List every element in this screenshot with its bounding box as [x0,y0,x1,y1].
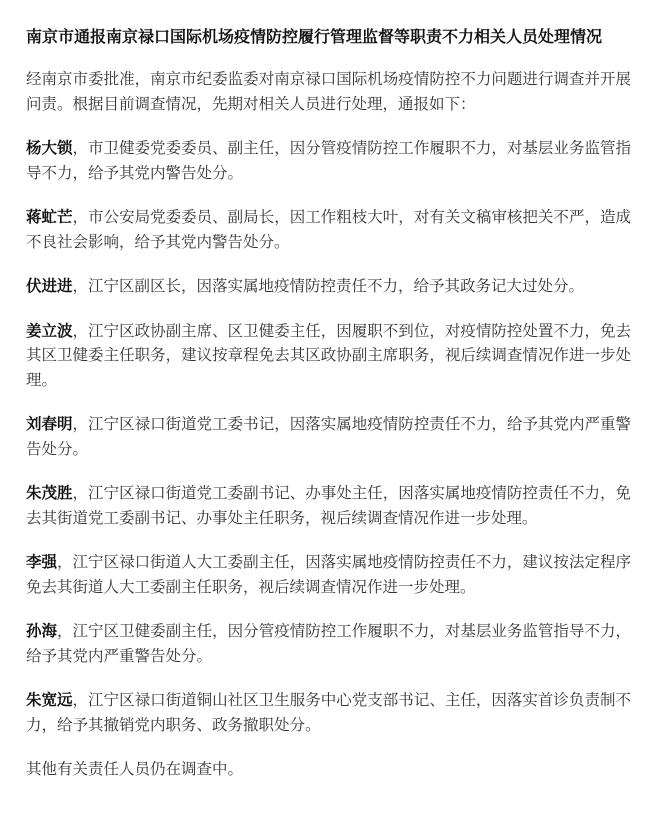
entry-paragraph: 李强，江宁区禄口街道人大工委副主任，因落实属地疫情防控责任不力，建议按法定程序免… [26,550,631,599]
person-name: 孙海 [26,622,57,640]
entry-paragraph: 姜立波，江宁区政协副主席、区卫健委主任，因履职不到位，对疫情防控处置不力，免去其… [26,319,631,393]
entry-paragraph: 朱茂胜，江宁区禄口街道党工委副书记、办事处主任，因落实属地疫情防控责任不力，免去… [26,481,631,530]
entry-text: ，江宁区禄口街道党工委书记，因落实属地疫情防控责任不力，给予其党内严重警告处分。 [26,415,631,458]
person-name: 刘春明 [26,415,73,433]
entry-text: ，江宁区副区长，因落实属地疫情防控责任不力，给予其政务记大过处分。 [73,277,585,295]
person-name: 姜立波 [26,322,73,340]
entry-text: ，市公安局党委委员、副局长，因工作粗枝大叶，对有关文稿审核把关不严，造成不良社会… [26,208,631,251]
entry-text: ，江宁区禄口街道党工委副书记、办事处主任，因落实属地疫情防控责任不力，免去其街道… [26,484,631,527]
entry-paragraph: 孙海，江宁区卫健委副主任，因分管疫情防控工作履职不力，对基层业务监管指导不力，给… [26,619,631,668]
person-name: 蒋虻芒 [26,208,73,226]
entry-paragraph: 刘春明，江宁区禄口街道党工委书记，因落实属地疫情防控责任不力，给予其党内严重警告… [26,412,631,461]
person-name: 杨大锁 [26,139,73,157]
person-name: 朱宽远 [26,691,73,709]
entry-text: ，江宁区卫健委副主任，因分管疫情防控工作履职不力，对基层业务监管指导不力，给予其… [26,622,631,665]
entry-text: ，江宁区禄口街道铜山社区卫生服务中心党支部书记、主任，因落实首诊负责制不力，给予… [26,691,631,734]
entry-text: ，江宁区禄口街道人大工委副主任，因落实属地疫情防控责任不力，建议按法定程序免去其… [26,553,631,596]
closing-paragraph: 其他有关责任人员仍在调查中。 [26,757,631,782]
entry-paragraph: 伏进进，江宁区副区长，因落实属地疫情防控责任不力，给予其政务记大过处分。 [26,274,631,299]
entry-text: ，江宁区政协副主席、区卫健委主任，因履职不到位，对疫情防控处置不力，免去其区卫健… [26,322,631,389]
article: 南京市通报南京禄口国际机场疫情防控履行管理监督等职责不力相关人员处理情况 经南京… [0,0,657,782]
entry-paragraph: 朱宽远，江宁区禄口街道铜山社区卫生服务中心党支部书记、主任，因落实首诊负责制不力… [26,688,631,737]
person-name: 李强 [26,553,57,571]
intro-paragraph: 经南京市委批准，南京市纪委监委对南京禄口国际机场疫情防控不力问题进行调查并开展问… [26,67,631,116]
entry-paragraph: 杨大锁，市卫健委党委委员、副主任，因分管疫情防控工作履职不力，对基层业务监管指导… [26,136,631,185]
entry-paragraph: 蒋虻芒，市公安局党委委员、副局长，因工作粗枝大叶，对有关文稿审核把关不严，造成不… [26,205,631,254]
entry-text: ，市卫健委党委委员、副主任，因分管疫情防控工作履职不力，对基层业务监管指导不力，… [26,139,631,182]
person-name: 朱茂胜 [26,484,73,502]
person-name: 伏进进 [26,277,73,295]
article-title: 南京市通报南京禄口国际机场疫情防控履行管理监督等职责不力相关人员处理情况 [26,24,631,50]
